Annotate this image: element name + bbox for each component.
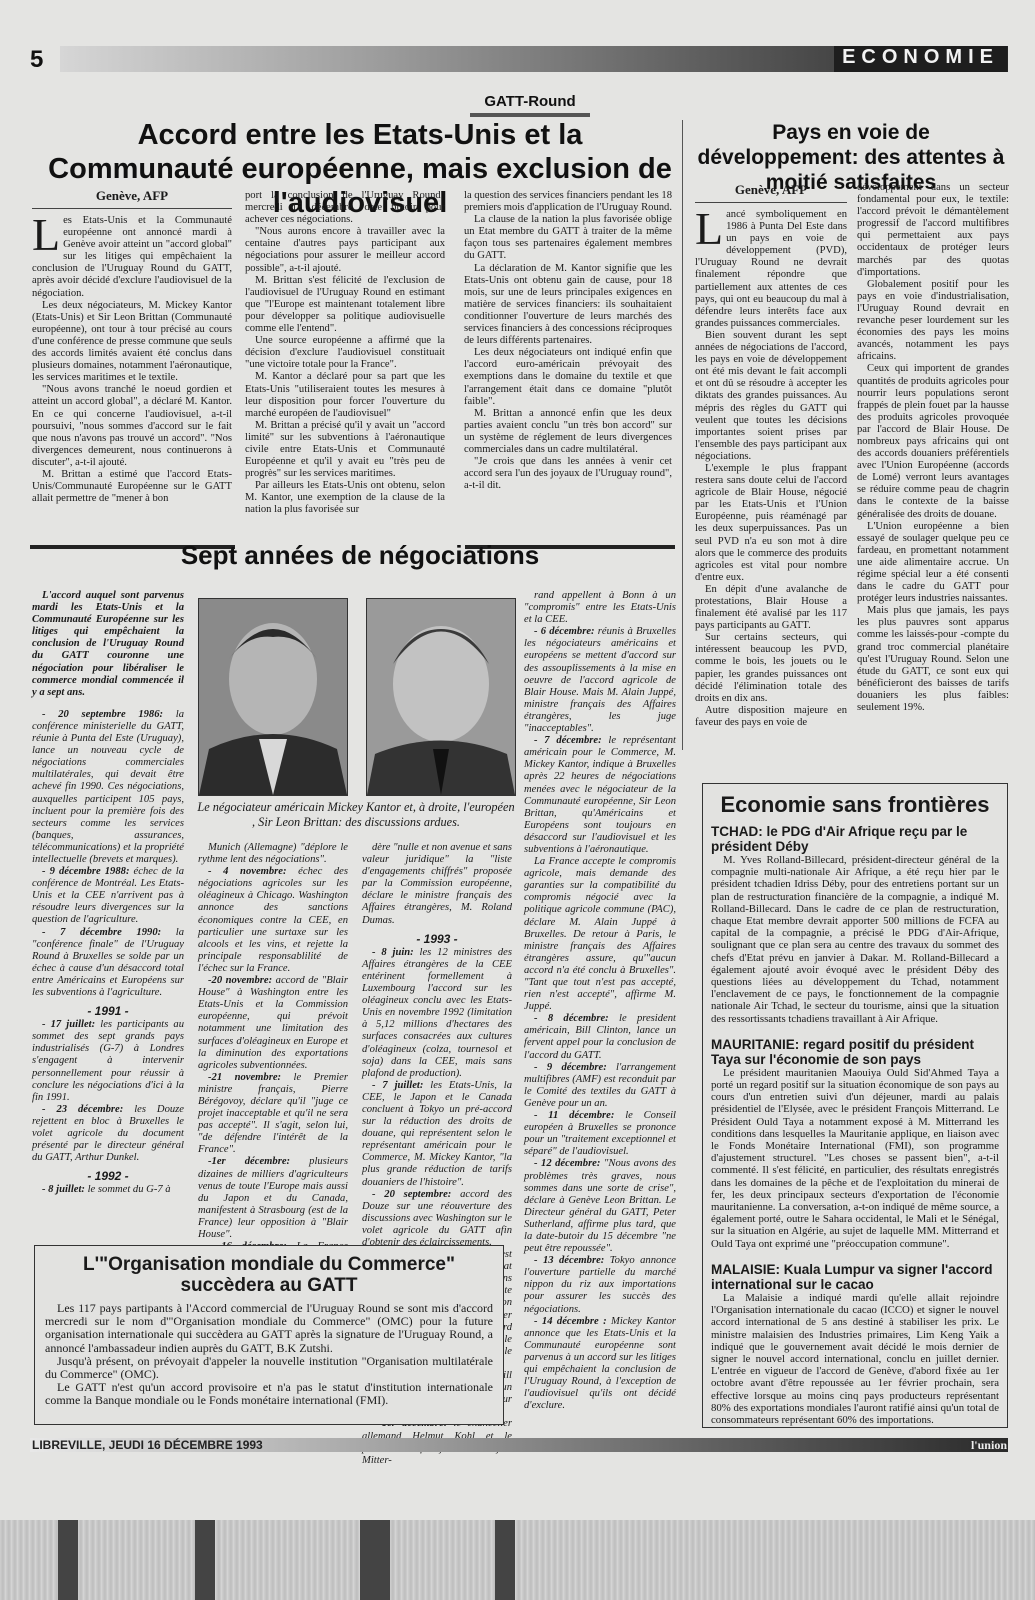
event-text: Mickey Kantor annonce que les Etats-Unis… xyxy=(524,1316,676,1412)
event-date: - 20 septembre 1986: xyxy=(42,709,163,720)
event-date: - 23 décembre: xyxy=(42,1104,123,1115)
event-date: -21 novembre: xyxy=(208,1072,281,1083)
paragraph: Les 117 pays partipants à l'Accord comme… xyxy=(45,1302,493,1355)
event-text: dère "nulle et non avenue et sans valeur… xyxy=(362,842,512,926)
year-heading: - 1991 - xyxy=(32,1005,184,1017)
scan-band xyxy=(58,1520,78,1600)
column-divider xyxy=(682,120,683,750)
paragraph: "Nous avons tranché le noeud gordien et … xyxy=(32,384,232,469)
paragraph: M. Brittan a annoncé enfin que les deux … xyxy=(464,408,672,456)
event-text: le représentant américain pour le Commer… xyxy=(524,735,676,855)
economie-sans-frontieres-box: Economie sans frontières TCHAD: le PDG d… xyxy=(702,783,1008,1428)
paragraph: M. Brittan s'est félicité de l'exclusion… xyxy=(245,275,445,335)
paragraph: Mais plus que jamais, les pays les plus … xyxy=(857,605,1009,714)
news-item-body: M. Yves Rolland-Billecard, président-dir… xyxy=(711,854,999,1025)
paragraph: port la conclusion de l'Uruguay Round" m… xyxy=(245,190,445,226)
paragraph: L'Union européenne a bien essayé de soul… xyxy=(857,521,1009,606)
paragraph: Autre disposition majeure en faveur des … xyxy=(695,705,847,729)
paragraph: Les deux négociateurs, M. Mickey Kantor … xyxy=(32,300,232,385)
event-date: - 8 décembre: xyxy=(534,1013,609,1024)
year-heading: - 1993 - xyxy=(362,933,512,945)
photo-mickey-kantor xyxy=(198,598,348,796)
dropcap: L xyxy=(32,216,60,254)
timeline-col-1: L'accord auquel sont parvenus mardi les … xyxy=(32,590,184,1197)
news-item-body: La Malaisie a indiqué mardi qu'elle alla… xyxy=(711,1292,999,1426)
event-date: - 7 décembre: xyxy=(534,735,602,746)
timeline-headline: Sept années de négociations xyxy=(30,540,690,570)
event-text: le sommet du G-7 à xyxy=(85,1184,171,1195)
event-date: -1er décembre: xyxy=(208,1156,290,1167)
event-date: - 4 novembre: xyxy=(208,866,287,877)
event-date: - 11 décembre: xyxy=(534,1110,614,1121)
event-date: - 17 juillet: xyxy=(42,1019,95,1030)
paragraph: M. Brittan a précisé qu'il y avait un "a… xyxy=(245,420,445,480)
footer-masthead: l'union xyxy=(971,1438,1007,1452)
news-item-title: MALAISIE: Kuala Lumpur va signer l'accor… xyxy=(711,1262,999,1292)
event-text: Munich (Allemagne) "déplore le rythme le… xyxy=(198,842,348,865)
paragraph: Ceux qui importent de grandes quantités … xyxy=(857,363,1009,520)
paragraph: développement dans un secteur fondamenta… xyxy=(857,182,1009,279)
paragraph: Sur certains secteurs, qui intéressent b… xyxy=(695,632,847,705)
event-text: "Nous avons des problèmes très graves, n… xyxy=(524,1158,676,1254)
section-label: ECONOMIE xyxy=(834,46,1007,72)
event-text: réunis à Bruxelles les négociateurs amér… xyxy=(524,626,676,734)
paragraph: Bien souvent durant les sept années de n… xyxy=(695,330,847,463)
omc-headline: L'"Organisation mondiale du Commerce" su… xyxy=(45,1254,493,1296)
news-item-title: MAURITANIE: regard positif du président … xyxy=(711,1037,999,1067)
paragraph: "Je crois que dans les années à venir ce… xyxy=(464,456,672,492)
event-date: - 13 décembre: xyxy=(534,1255,604,1266)
paragraph: Les deux négociateurs ont indiqué enfin … xyxy=(464,347,672,407)
event-text: les 12 ministres des Affaires étrangères… xyxy=(362,947,512,1079)
event-text: le Premier ministre français, Pierre Bér… xyxy=(198,1072,348,1156)
omc-box: L'"Organisation mondiale du Commerce" su… xyxy=(34,1245,504,1425)
paragraph: M. Kantor a déclaré pour sa part que les… xyxy=(245,371,445,419)
paragraph: M. Brittan a estimé que l'accord Etats-U… xyxy=(32,469,232,505)
year-heading: - 1992 - xyxy=(32,1170,184,1182)
event-date: - 7 décembre 1990: xyxy=(42,927,161,938)
esf-headline: Economie sans frontières xyxy=(711,792,999,818)
timeline-col-2: Munich (Allemagne) "déplore le rythme le… xyxy=(198,842,348,1265)
scan-band xyxy=(360,1520,390,1600)
event-text: échec des négociations agricoles sur les… xyxy=(198,866,348,974)
news-item-title: TCHAD: le PDG d'Air Afrique reçu par le … xyxy=(711,824,999,854)
paragraph: L'exemple le plus frappant restera sans … xyxy=(695,463,847,584)
paragraph: La déclaration de M. Kantor signifie que… xyxy=(464,263,672,348)
event-date: - 20 septembre: xyxy=(372,1189,451,1200)
paragraph: la question des services financiers pend… xyxy=(464,190,672,214)
news-item-body: Le président mauritanien Maouiya Ould Si… xyxy=(711,1067,999,1250)
event-date: - 8 juin: xyxy=(372,947,414,958)
footer-dateline: LIBREVILLE, JEUDI 16 DÉCEMBRE 1993 xyxy=(32,1438,263,1452)
event-text: accord de "Blair House" à Washington ent… xyxy=(198,975,348,1071)
paragraph: "Nous aurons encore à travailler avec la… xyxy=(245,226,445,274)
event-text: La France accepte le compromis agricole,… xyxy=(524,856,676,1012)
main-article-col-1: Genève, AFP Les Etats-Unis et la Communa… xyxy=(32,188,232,505)
paragraph: Une source européenne a affirmé que la d… xyxy=(245,335,445,371)
side-article-col-2: développement dans un secteur fondamenta… xyxy=(857,182,1009,714)
byline: Genève, AFP xyxy=(32,188,232,209)
side-byline: Genève, AFP xyxy=(695,182,847,203)
side-article-col-1: Genève, AFP Lancé symboliquement en 1986… xyxy=(695,182,847,729)
event-date: - 9 décembre: xyxy=(534,1062,607,1073)
timeline-intro: L'accord auquel sont parvenus mardi les … xyxy=(32,590,184,699)
event-text: les Etats-Unis, la CEE, le Japon et le C… xyxy=(362,1080,512,1188)
event-text: la conférence ministerielle du GATT, réu… xyxy=(32,709,184,865)
dropcap: L xyxy=(695,210,723,248)
event-text: plusieurs dizaines de milliers d'agricul… xyxy=(198,1156,348,1240)
event-date: - 7 juillet: xyxy=(372,1080,423,1091)
timeline-col-4: rand appellent à Bonn à un "compromis" e… xyxy=(524,590,676,1412)
event-date: - 12 décembre: xyxy=(534,1158,600,1169)
photo-caption: Le négociateur américain Mickey Kantor e… xyxy=(196,800,516,830)
event-date: - 8 juillet: xyxy=(42,1184,85,1195)
paragraph: Le GATT n'est qu'un accord provisoire et… xyxy=(45,1381,493,1407)
event-date: - 14 décembre : xyxy=(534,1316,607,1327)
paragraph: es Etats-Unis et la Communauté européenn… xyxy=(32,215,232,299)
paragraph: Globalement positif pour les pays en voi… xyxy=(857,279,1009,364)
photo-leon-brittan xyxy=(366,598,516,796)
page-number: 5 xyxy=(30,46,43,74)
event-date: - 9 décembre 1988: xyxy=(42,866,129,877)
scan-band xyxy=(495,1520,515,1600)
event-text: rand appellent à Bonn à un "compromis" e… xyxy=(524,590,676,625)
scan-noise xyxy=(0,1520,1035,1600)
paragraph: La clause de la nation la plus favorisée… xyxy=(464,214,672,262)
scan-band xyxy=(195,1520,215,1600)
paragraph: Par ailleurs les Etats-Unis ont obtenu, … xyxy=(245,480,445,516)
paragraph: Jusqu'à présent, on prévoyait d'appeler … xyxy=(45,1355,493,1381)
event-text: les participants au sommet des sept gran… xyxy=(32,1019,184,1103)
paragraph: En dépit d'une avalanche de protestation… xyxy=(695,584,847,632)
kicker: GATT-Round xyxy=(470,93,590,117)
event-date: - 6 décembre: xyxy=(534,626,595,637)
main-article-col-2: port la conclusion de l'Uruguay Round" m… xyxy=(245,190,445,517)
event-date: -20 novembre: xyxy=(208,975,272,986)
main-article-col-3: la question des services financiers pend… xyxy=(464,190,672,492)
